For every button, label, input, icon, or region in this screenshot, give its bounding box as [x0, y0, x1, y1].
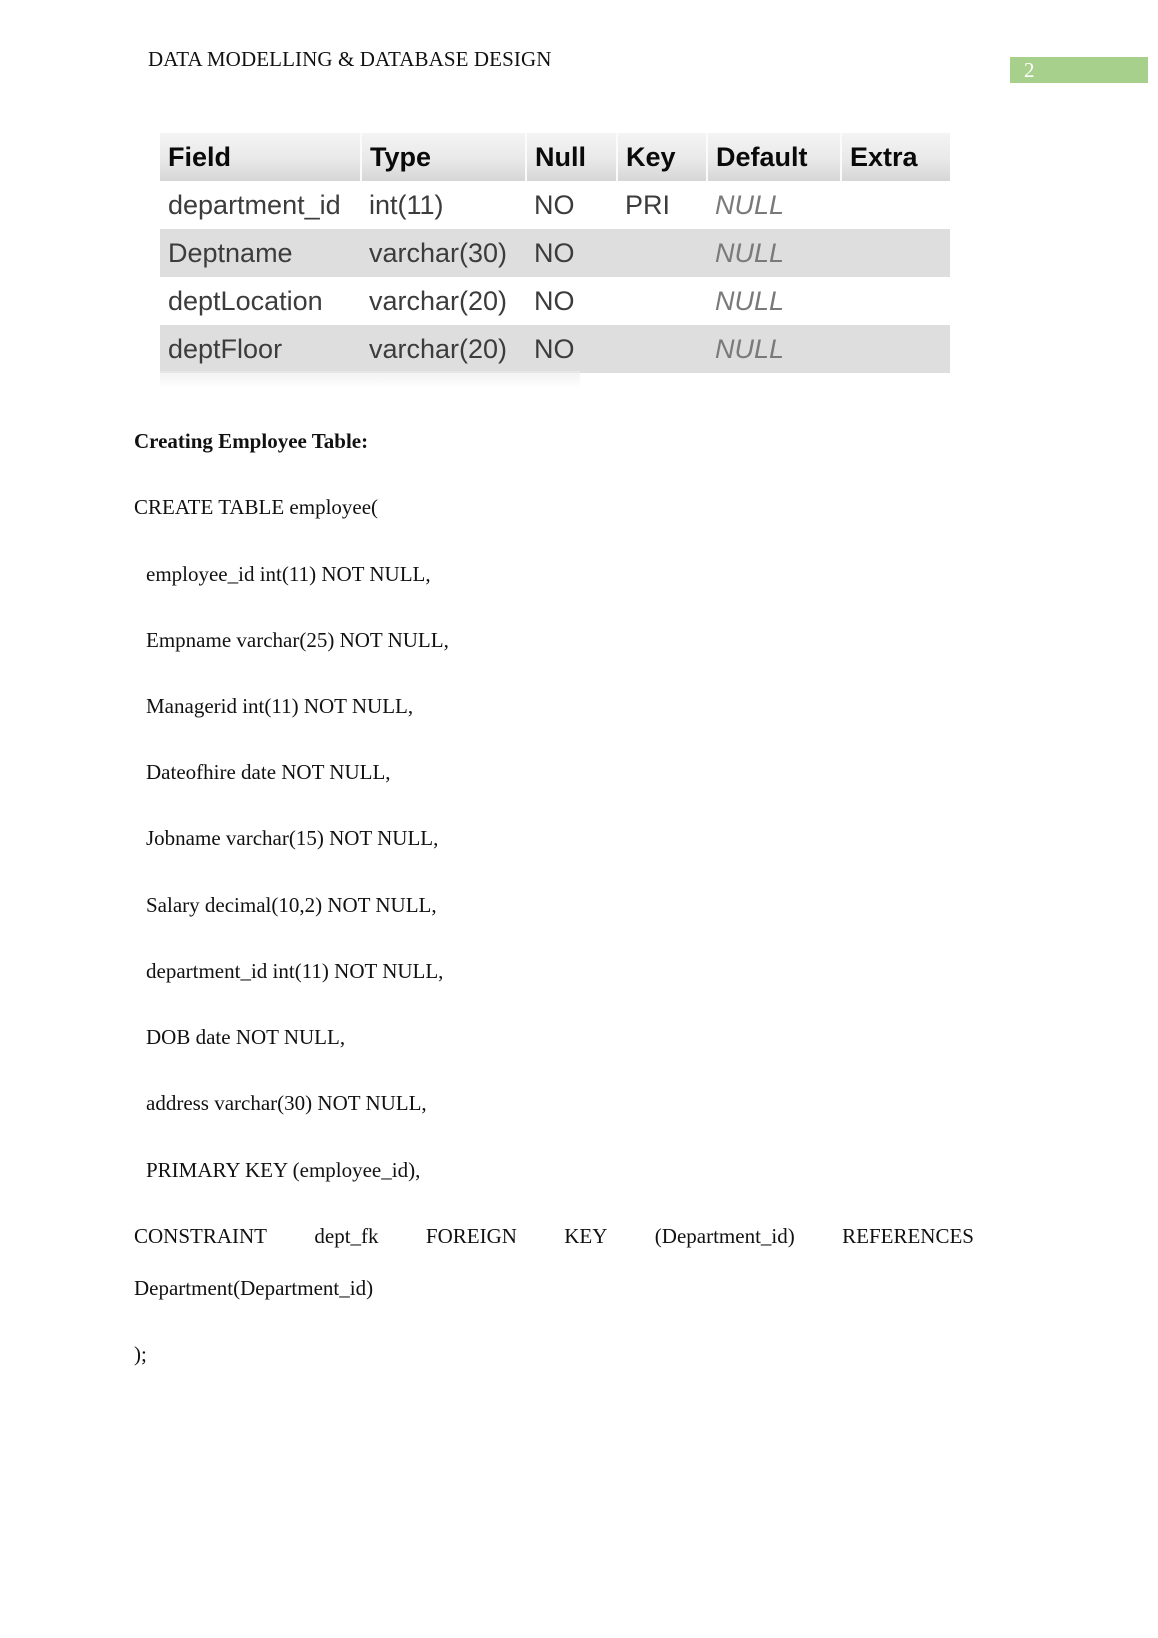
cell-key [617, 229, 707, 277]
cell-field: Deptname [160, 229, 361, 277]
cell-default: NULL [707, 229, 841, 277]
cell-type: varchar(20) [361, 325, 526, 373]
cell-field: deptFloor [160, 325, 361, 373]
table-row: deptLocation varchar(20) NO NULL [160, 277, 950, 325]
cell-key: PRI [617, 181, 707, 229]
column-header-type: Type [361, 133, 526, 181]
column-header-field: Field [160, 133, 361, 181]
column-header-null: Null [526, 133, 617, 181]
column-header-default: Default [707, 133, 841, 181]
cell-type: varchar(20) [361, 277, 526, 325]
section-heading: Creating Employee Table: [134, 429, 368, 454]
department-table-image: Field Type Null Key Default Extra depart… [160, 133, 950, 373]
closing-statement: ); [134, 1342, 147, 1367]
cell-field: deptLocation [160, 277, 361, 325]
table-header-row: Field Type Null Key Default Extra [160, 133, 950, 181]
page-number-badge: 2 [1010, 57, 1148, 83]
cell-key [617, 277, 707, 325]
constraint-word: REFERENCES [842, 1224, 974, 1249]
column-definition: address varchar(30) NOT NULL, [146, 1091, 427, 1116]
cell-null: NO [526, 181, 617, 229]
cell-default: NULL [707, 325, 841, 373]
cell-extra [841, 325, 950, 373]
constraint-word: FOREIGN [426, 1224, 517, 1249]
constraint-word: KEY [564, 1224, 607, 1249]
create-table-statement: CREATE TABLE employee( [134, 495, 378, 520]
table-image-shadow [160, 371, 580, 389]
column-definition: Jobname varchar(15) NOT NULL, [146, 826, 438, 851]
column-definition: DOB date NOT NULL, [146, 1025, 345, 1050]
foreign-key-constraint-line: CONSTRAINT dept_fk FOREIGN KEY (Departme… [134, 1224, 974, 1249]
cell-null: NO [526, 229, 617, 277]
constraint-word: dept_fk [314, 1224, 378, 1249]
column-definition: department_id int(11) NOT NULL, [146, 959, 443, 984]
cell-default: NULL [707, 181, 841, 229]
column-definition: Empname varchar(25) NOT NULL, [146, 628, 449, 653]
cell-type: varchar(30) [361, 229, 526, 277]
table-row: deptFloor varchar(20) NO NULL [160, 325, 950, 373]
cell-field: department_id [160, 181, 361, 229]
column-definition: Managerid int(11) NOT NULL, [146, 694, 413, 719]
department-structure-table: Field Type Null Key Default Extra depart… [160, 133, 950, 373]
constraint-word: CONSTRAINT [134, 1224, 267, 1249]
column-definition: Salary decimal(10,2) NOT NULL, [146, 893, 437, 918]
cell-extra [841, 277, 950, 325]
table-row: department_id int(11) NO PRI NULL [160, 181, 950, 229]
cell-null: NO [526, 277, 617, 325]
primary-key-definition: PRIMARY KEY (employee_id), [146, 1158, 420, 1183]
column-header-key: Key [617, 133, 707, 181]
constraint-word: (Department_id) [655, 1224, 795, 1249]
cell-key [617, 325, 707, 373]
table-row: Deptname varchar(30) NO NULL [160, 229, 950, 277]
cell-null: NO [526, 325, 617, 373]
cell-type: int(11) [361, 181, 526, 229]
cell-default: NULL [707, 277, 841, 325]
column-definition: Dateofhire date NOT NULL, [146, 760, 391, 785]
cell-extra [841, 181, 950, 229]
column-header-extra: Extra [841, 133, 950, 181]
column-definition: employee_id int(11) NOT NULL, [146, 562, 431, 587]
running-header: DATA MODELLING & DATABASE DESIGN [148, 47, 552, 72]
constraint-continuation: Department(Department_id) [134, 1276, 373, 1301]
cell-extra [841, 229, 950, 277]
